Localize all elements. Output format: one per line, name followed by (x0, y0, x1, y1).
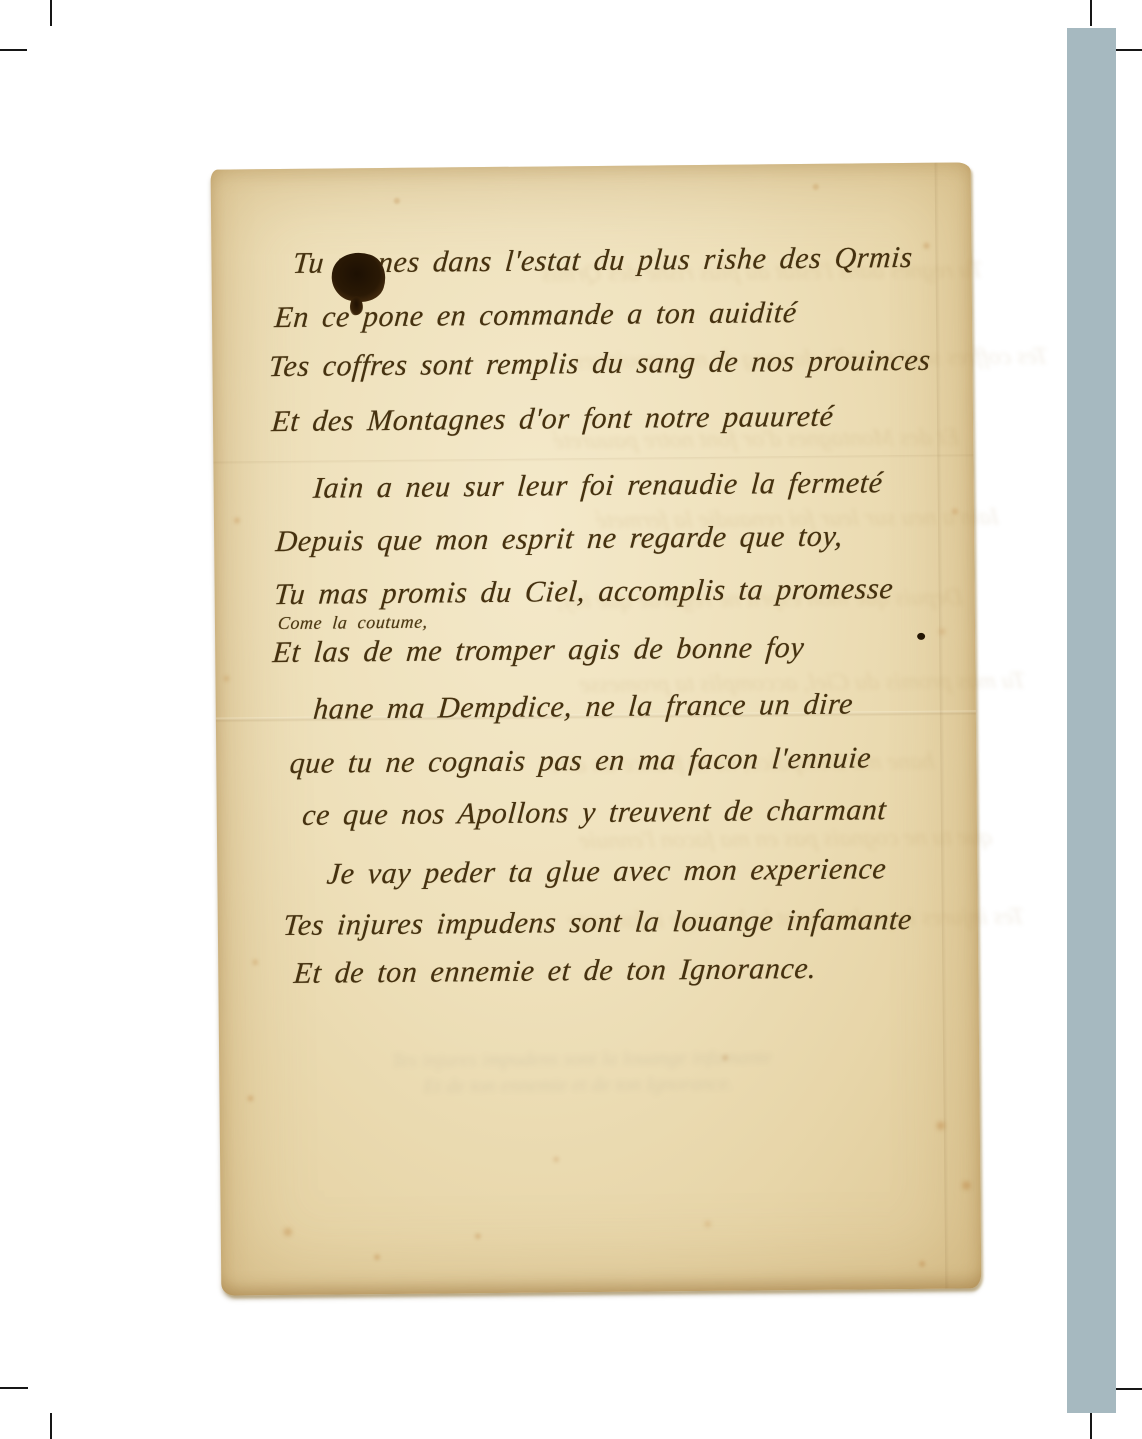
manuscript-line-13: Tes injures impudens sont la louange inf… (282, 903, 913, 943)
crop-mark-bottom-left-horizontal (0, 1387, 28, 1389)
manuscript-line-10: que tu ne cognais pas en ma facon l'ennu… (288, 741, 872, 781)
fold-crease-horizontal-upper (213, 454, 973, 464)
manuscript-line-12: Je vay peder ta glue avec mon experience (326, 852, 888, 891)
foxing-spots (211, 170, 213, 172)
graphite-smudge: Tes injures impudens sont la louange inf… (391, 1046, 772, 1073)
manuscript-line-7: Tu mas promis du Ciel, accomplis ta prom… (273, 572, 895, 612)
graphite-smudge: Et de ton ennemie et de ton Ignorance. (423, 1073, 733, 1099)
manuscript-line-6: Depuis que mon esprit ne regarde que toy… (274, 520, 844, 559)
manuscript-line-11: ce que nos Apollons y treuvent de charma… (301, 793, 888, 833)
crop-mark-bottom-right-vertical (1090, 1413, 1092, 1439)
ink-dot (917, 633, 925, 640)
crop-mark-bottom-left-vertical (50, 1413, 52, 1439)
manuscript-line-14: Et de ton ennemie et de ton Ignorance. (293, 952, 818, 991)
crop-mark-top-left-horizontal (0, 49, 27, 51)
crop-mark-bottom-right-horizontal (1116, 1388, 1142, 1390)
manuscript-line-5: Iain a neu sur leur foi renaudie la ferm… (312, 466, 884, 505)
accent-side-bar (1067, 28, 1116, 1413)
manuscript-line-9: hane ma Dempdice, ne la france un dire (312, 688, 855, 727)
crease-vertical (935, 163, 950, 1289)
manuscript-line-8: Et las de me tromper agis de bonne foy (271, 631, 805, 670)
crop-mark-top-right-vertical (1090, 0, 1092, 26)
manuscript-line-4: Et des Montagnes d'or font notre pauuret… (270, 400, 835, 439)
manuscript-interline-correction: Come la coutume, (277, 612, 429, 634)
manuscript-page: Tu regnes dans l'estat du plus rishe des… (211, 162, 982, 1295)
crop-mark-top-right-horizontal (1116, 49, 1142, 51)
manuscript-line-3: Tes coffres sont remplis du sang de nos … (268, 344, 932, 384)
scanned-page: { "colors": { "page_background": "#fffff… (0, 0, 1142, 1439)
ink-blot-drip (350, 296, 363, 315)
crop-mark-top-left-vertical (50, 0, 52, 26)
